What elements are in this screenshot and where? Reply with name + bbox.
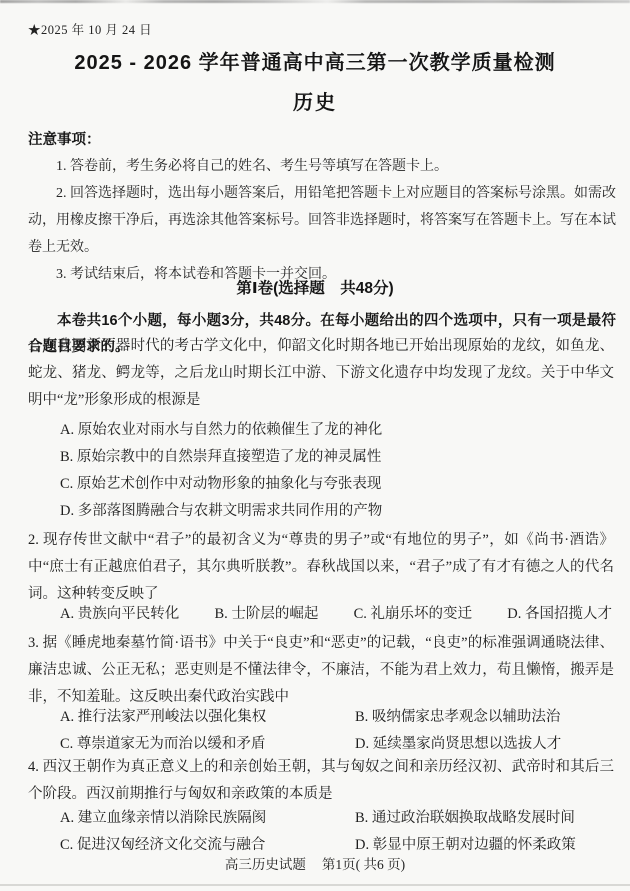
- question-1-option-a: A. 原始农业对雨水与自然力的依赖催生了龙的神化: [60, 417, 612, 444]
- question-2-options: A. 贵族向平民转化 B. 士阶层的崛起 C. 礼崩乐坏的变迁 D. 各国招揽人…: [60, 601, 612, 628]
- notice-list: 1. 答卷前，考生务必将自己的姓名、考生号等填写在答题卡上。 2. 回答选择题时…: [28, 153, 616, 288]
- exam-paper-page: ★2025 年 10 月 24 日 2025 - 2026 学年普通高中高三第一…: [0, 0, 630, 891]
- page-footer: 高三历史试题第1页( 共6 页): [0, 853, 630, 873]
- question-1-option-d: D. 多部落图腾融合与农耕文明需求共同作用的产物: [60, 498, 612, 525]
- question-4-options: A. 建立血缘亲情以消除民族隔阂 B. 通过政治联姻换取战略发展时间 C. 促进…: [60, 805, 612, 859]
- question-4-option-b: B. 通过政治联姻换取战略发展时间: [355, 805, 612, 832]
- question-1-option-b: B. 原始宗教中的自然崇拜直接塑造了龙的神灵属性: [60, 444, 612, 471]
- question-3-option-a: A. 推行法家严刑峻法以强化集权: [60, 704, 355, 731]
- question-2-option-d: D. 各国招揽人才: [507, 601, 612, 628]
- question-2-option-c: C. 礼崩乐坏的变迁: [354, 601, 472, 628]
- footer-page-number: 第1页( 共6 页): [322, 857, 405, 872]
- notice-heading: 注意事项：: [28, 128, 101, 149]
- question-3-stem: 3. 据《睡虎地秦墓竹简·语书》中关于“良吏”和“恶吏”的记载，“良吏”的标准强…: [28, 630, 614, 711]
- notice-item-1: 1. 答卷前，考生务必将自己的姓名、考生号等填写在答题卡上。: [28, 153, 616, 180]
- question-1-option-c: C. 原始艺术创作中对动物形象的抽象化与夸张表现: [60, 471, 612, 498]
- footer-paper-name: 高三历史试题: [225, 857, 306, 872]
- scan-edge-artifact: [0, 0, 630, 3]
- exam-subject: 历史: [0, 86, 630, 115]
- notice-item-2: 2. 回答选择题时，选出每小题答案后，用铅笔把答题卡上对应题目的答案标号涂黑。如…: [28, 180, 616, 261]
- question-3-option-b: B. 吸纳儒家忠孝观念以辅助法治: [355, 704, 612, 731]
- scan-bottom-edge: [0, 884, 630, 886]
- question-4-option-a: A. 建立血缘亲情以消除民族隔阂: [60, 805, 355, 832]
- question-2-stem: 2. 现存传世文献中“君子”的最初含义为“尊贵的男子”或“有地位的男子”，如《尚…: [28, 527, 614, 608]
- question-1-options: A. 原始农业对雨水与自然力的依赖催生了龙的神化 B. 原始宗教中的自然崇拜直接…: [60, 417, 612, 525]
- question-2-option-a: A. 贵族向平民转化: [60, 601, 179, 628]
- section-heading: 第Ⅰ卷(选择题 共48分): [0, 276, 630, 298]
- exam-date: ★2025 年 10 月 24 日: [28, 20, 152, 38]
- question-1-stem: 1. 在我国新石器时代的考古学文化中，仰韶文化时期各地已开始出现原始的龙纹，如鱼…: [28, 333, 614, 414]
- question-4-stem: 4. 西汉王朝作为真正意义上的和亲创始王朝，其与匈奴之间和亲历经汉初、武帝时和其…: [28, 754, 614, 808]
- question-3-options: A. 推行法家严刑峻法以强化集权 B. 吸纳儒家忠孝观念以辅助法治 C. 尊崇道…: [60, 704, 612, 758]
- question-2-option-b: B. 士阶层的崛起: [214, 601, 318, 628]
- exam-title: 2025 - 2026 学年普通高中高三第一次教学质量检测: [0, 46, 630, 75]
